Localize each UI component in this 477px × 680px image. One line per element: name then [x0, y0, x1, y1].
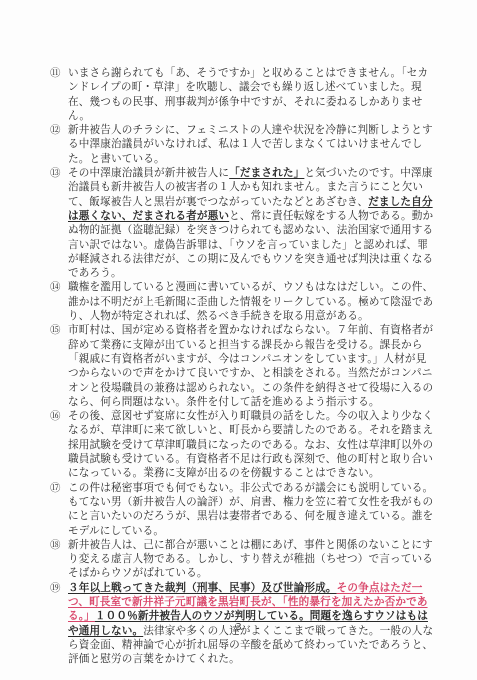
- item-number: ⑰: [50, 481, 65, 495]
- list-item: ⑪いまさら謝られても「あ、そうですか」と収めることはできません。「セカンドレイプ…: [50, 66, 434, 123]
- item-number: ⑪: [50, 66, 65, 80]
- item-number: ⑫: [50, 123, 65, 137]
- list-item: ⑬その中澤康治議員が新井被告人に「だまされた」と気づいたのです。中澤康治議員も新…: [50, 166, 434, 280]
- item-number: ⑱: [50, 538, 65, 552]
- item-text: 職権を濫用していると漫画に書いているが、ウソもはなはだしい。この件、誰かは不明だ…: [68, 281, 433, 322]
- list-item: ⑭職権を濫用していると漫画に書いているが、ウソもはなはだしい。この件、誰かは不明…: [50, 280, 434, 323]
- item-number: ⑭: [50, 280, 65, 294]
- item-text: その後、意図せず宴席に女性が入り町職員の話をした。今の収入より少なくなるが、草津…: [68, 410, 433, 479]
- numbered-list: ⑪いまさら謝られても「あ、そうですか」と収めることはできません。「セカンドレイプ…: [50, 66, 434, 666]
- page-number: 3: [0, 622, 477, 633]
- item-text: 市町村は、国が定める資格者を置かなければならない。７年前、有資格者が辞めて業務に…: [68, 324, 433, 407]
- item-number: ⑲: [50, 581, 65, 595]
- item-text: 新井被告人は、己に都合が悪いことは棚にあげ、事件と関係のないことにすり変える虚言…: [68, 539, 433, 580]
- list-item: ⑯その後、意図せず宴席に女性が入り町職員の話をした。今の収入より少なくなるが、草…: [50, 409, 434, 480]
- item-text: 新井被告人のチラシに、フェミニストの人達や状況を冷静に判断しようとする中澤康治議…: [68, 124, 433, 165]
- list-item: ⑰この件は秘密事項でも何でもない。非公式であるが議会にも説明している。もてない男…: [50, 481, 434, 538]
- emphasized-text: 「だまされた」: [229, 167, 304, 179]
- item-number: ⑮: [50, 323, 65, 337]
- item-number: ⑯: [50, 409, 65, 423]
- emphasized-text: ３年以上戦ってきた裁判（刑事、民事）及び世論形成。: [68, 582, 337, 594]
- item-text: いまさら謝られても「あ、そうですか」と収めることはできません。「セカンドレイプの…: [68, 67, 428, 122]
- item-number: ⑬: [50, 166, 65, 180]
- list-item: ⑮市町村は、国が定める資格者を置かなければならない。７年前、有資格者が辞めて業務…: [50, 323, 434, 409]
- item-text: その中澤康治議員が新井被告人に: [68, 167, 229, 179]
- list-item: ⑱新井被告人は、己に都合が悪いことは棚にあげ、事件と関係のないことにすり変える虚…: [50, 538, 434, 581]
- item-text: この件は秘密事項でも何でもない。非公式であるが議会にも説明している。もてない男（…: [68, 482, 433, 537]
- document-page: ⑪いまさら謝られても「あ、そうですか」と収めることはできません。「セカンドレイプ…: [0, 0, 477, 680]
- list-item: ⑫新井被告人のチラシに、フェミニストの人達や状況を冷静に判断しようとする中澤康治…: [50, 123, 434, 166]
